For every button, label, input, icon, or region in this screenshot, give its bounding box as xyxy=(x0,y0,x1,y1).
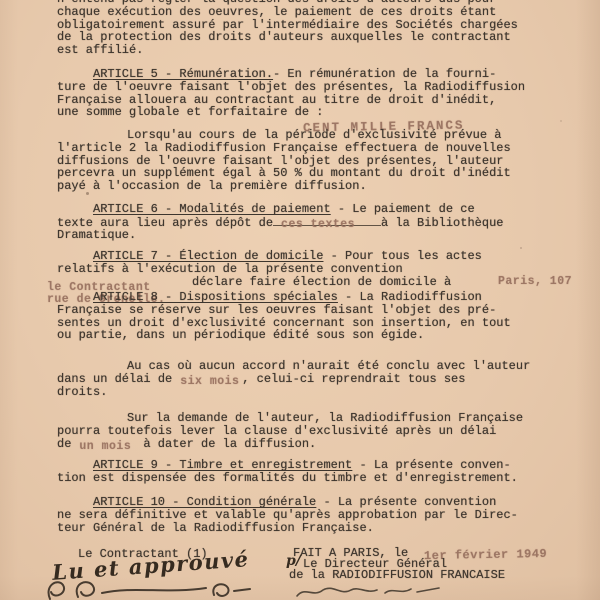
contract-page: n'entend pas régler la question des droi… xyxy=(0,0,600,600)
stamp-delay-one: un mois xyxy=(79,441,131,454)
article-6-title: ARTICLE 6 - Modalités de paiement xyxy=(93,202,331,216)
article-9: ARTICLE 9 - Timbre et enregistrement - L… xyxy=(57,459,557,485)
stamp-deposit: ces textes xyxy=(281,219,355,232)
text-line: ne sera définitive et valable qu'après a… xyxy=(57,509,557,522)
text-line: l'article 2 la Radiodiffusion Française … xyxy=(57,142,557,155)
text-line: Lorsqu'au cours de la période d'exclusiv… xyxy=(57,129,557,142)
text-line: une somme globale et forfaitaire de : xyxy=(57,106,557,119)
text-line: Sur la demande de l'auteur, la Radiodiff… xyxy=(57,412,557,425)
article-5: ARTICLE 5 - Rémunération.- En rémunérati… xyxy=(57,68,557,119)
text-line: tion est dispensée des formalités du tim… xyxy=(57,472,557,485)
text-line: chaque exécution des oeuvres, le paiemen… xyxy=(57,6,557,19)
article-10-rest: - La présente convention xyxy=(316,495,496,509)
stamp-city: Paris, 107 xyxy=(498,275,572,288)
text-line: ture de l'oeuvre faisant l'objet des pré… xyxy=(57,81,557,94)
paragraph-author-rights: n'entend pas régler la question des droi… xyxy=(57,0,557,57)
text-line: dans un délai desix mois, celui-ci repre… xyxy=(57,373,557,386)
article-5-rest: - En rémunération de la fourni- xyxy=(273,67,496,81)
article-9-rest: - La présente conven- xyxy=(352,458,510,472)
document-scan: { "page": { "paper_color": "#e7c9ac", "i… xyxy=(0,0,600,600)
article-6-rest: - Le paiement de ce xyxy=(331,202,475,216)
paragraph-lift-clause-l3b: à dater de la diffusion. xyxy=(143,437,316,451)
organization-line: de la RADIODIFFUSION FRANCAISE xyxy=(289,570,583,581)
blank-deposit: ces textes xyxy=(273,216,381,226)
paragraph-exclusivity: Lorsqu'au cours de la période d'exclusiv… xyxy=(57,129,557,193)
blank-delay-six: six mois xyxy=(172,373,242,382)
text-line: ou partie, dans un périodique édité sous… xyxy=(57,329,557,342)
article-5-title: ARTICLE 5 - Rémunération. xyxy=(93,67,273,81)
article-8-rest: - La Radiodiffusion xyxy=(338,290,482,304)
article-7-title: ARTICLE 7 - Élection de domicile xyxy=(93,249,323,263)
article-6: ARTICLE 6 - Modalités de paiement - Le p… xyxy=(57,203,557,241)
paragraph-lift-clause-l3a: de xyxy=(57,437,71,451)
paragraph-lift-clause: Sur la demande de l'auteur, la Radiodiff… xyxy=(57,412,557,450)
stamp-date: 1er février 1949 xyxy=(424,547,547,563)
text-line: texte aura lieu après dépôt deces textes… xyxy=(57,216,557,229)
article-9-title: ARTICLE 9 - Timbre et enregistrement xyxy=(93,458,352,472)
article-7-rest: - Pour tous les actes xyxy=(323,249,481,263)
text-line: relatifs à l'exécution de la présente co… xyxy=(57,263,557,276)
text-line: droits. xyxy=(57,386,557,399)
stamp-delay-six: six mois xyxy=(180,376,239,389)
article-8-title: ARTICLE 8 - Dispositions spéciales xyxy=(93,290,338,304)
blank-delay-one: un mois xyxy=(71,438,143,447)
text-line: ARTICLE 10 - Condition générale - La pré… xyxy=(57,496,557,509)
text-line: ARTICLE 6 - Modalités de paiement - Le p… xyxy=(57,203,557,216)
article-10-title: ARTICLE 10 - Condition générale xyxy=(93,495,316,509)
signature-director xyxy=(293,583,443,600)
text-line: est affilié. xyxy=(57,44,557,57)
paper-speck xyxy=(560,120,562,122)
handwritten-per-mark: p/ xyxy=(286,553,301,569)
text-line: teur Général de la Radiodiffusion França… xyxy=(57,522,557,535)
text-line: deun moisà dater de la diffusion. xyxy=(57,438,557,451)
paragraph-no-agreement-l2a: dans un délai de xyxy=(57,372,172,386)
text-line: ARTICLE 7 - Élection de domicile - Pour … xyxy=(57,250,557,263)
paper-speck xyxy=(86,192,89,195)
text-line: ARTICLE 9 - Timbre et enregistrement - L… xyxy=(57,459,557,472)
signature-contractant xyxy=(38,577,253,600)
paragraph-no-agreement: Au cas où aucun accord n'aurait été conc… xyxy=(57,360,557,398)
paper-speck xyxy=(520,247,522,249)
text-line: ARTICLE 5 - Rémunération.- En rémunérati… xyxy=(57,68,557,81)
paragraph-no-agreement-l2b: , celui-ci reprendrait tous ses xyxy=(242,372,465,386)
text-line: payé à l'occasion de la première diffusi… xyxy=(57,180,557,193)
article-6-l2b: à la Bibliothèque xyxy=(381,216,503,230)
article-8: ARTICLE 8 - Dispositions spéciales - La … xyxy=(57,291,557,342)
article-10: ARTICLE 10 - Condition générale - La pré… xyxy=(57,496,557,534)
text-line: ARTICLE 8 - Dispositions spéciales - La … xyxy=(57,291,557,304)
text-line: Française se réserve sur les oeuvres fai… xyxy=(57,304,557,317)
